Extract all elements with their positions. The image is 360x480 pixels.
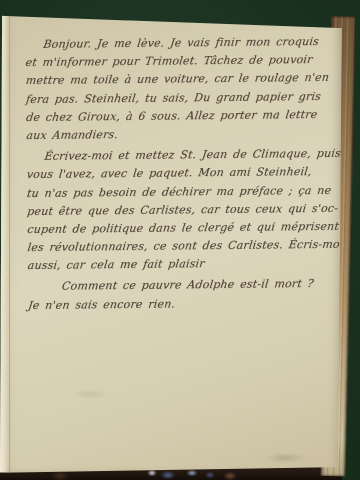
handwriting-line: aussi, car cela me fait plaisir — [27, 254, 335, 275]
letter-page: Bonjour. Je me lève. Je vais finir mon c… — [0, 6, 346, 478]
handwriting-line: Je n'en sais encore rien. — [27, 293, 335, 314]
letter-body: Bonjour. Je me lève. Je vais finir mon c… — [24, 33, 333, 315]
handwriting-line: aux Amandiers. — [25, 124, 333, 145]
